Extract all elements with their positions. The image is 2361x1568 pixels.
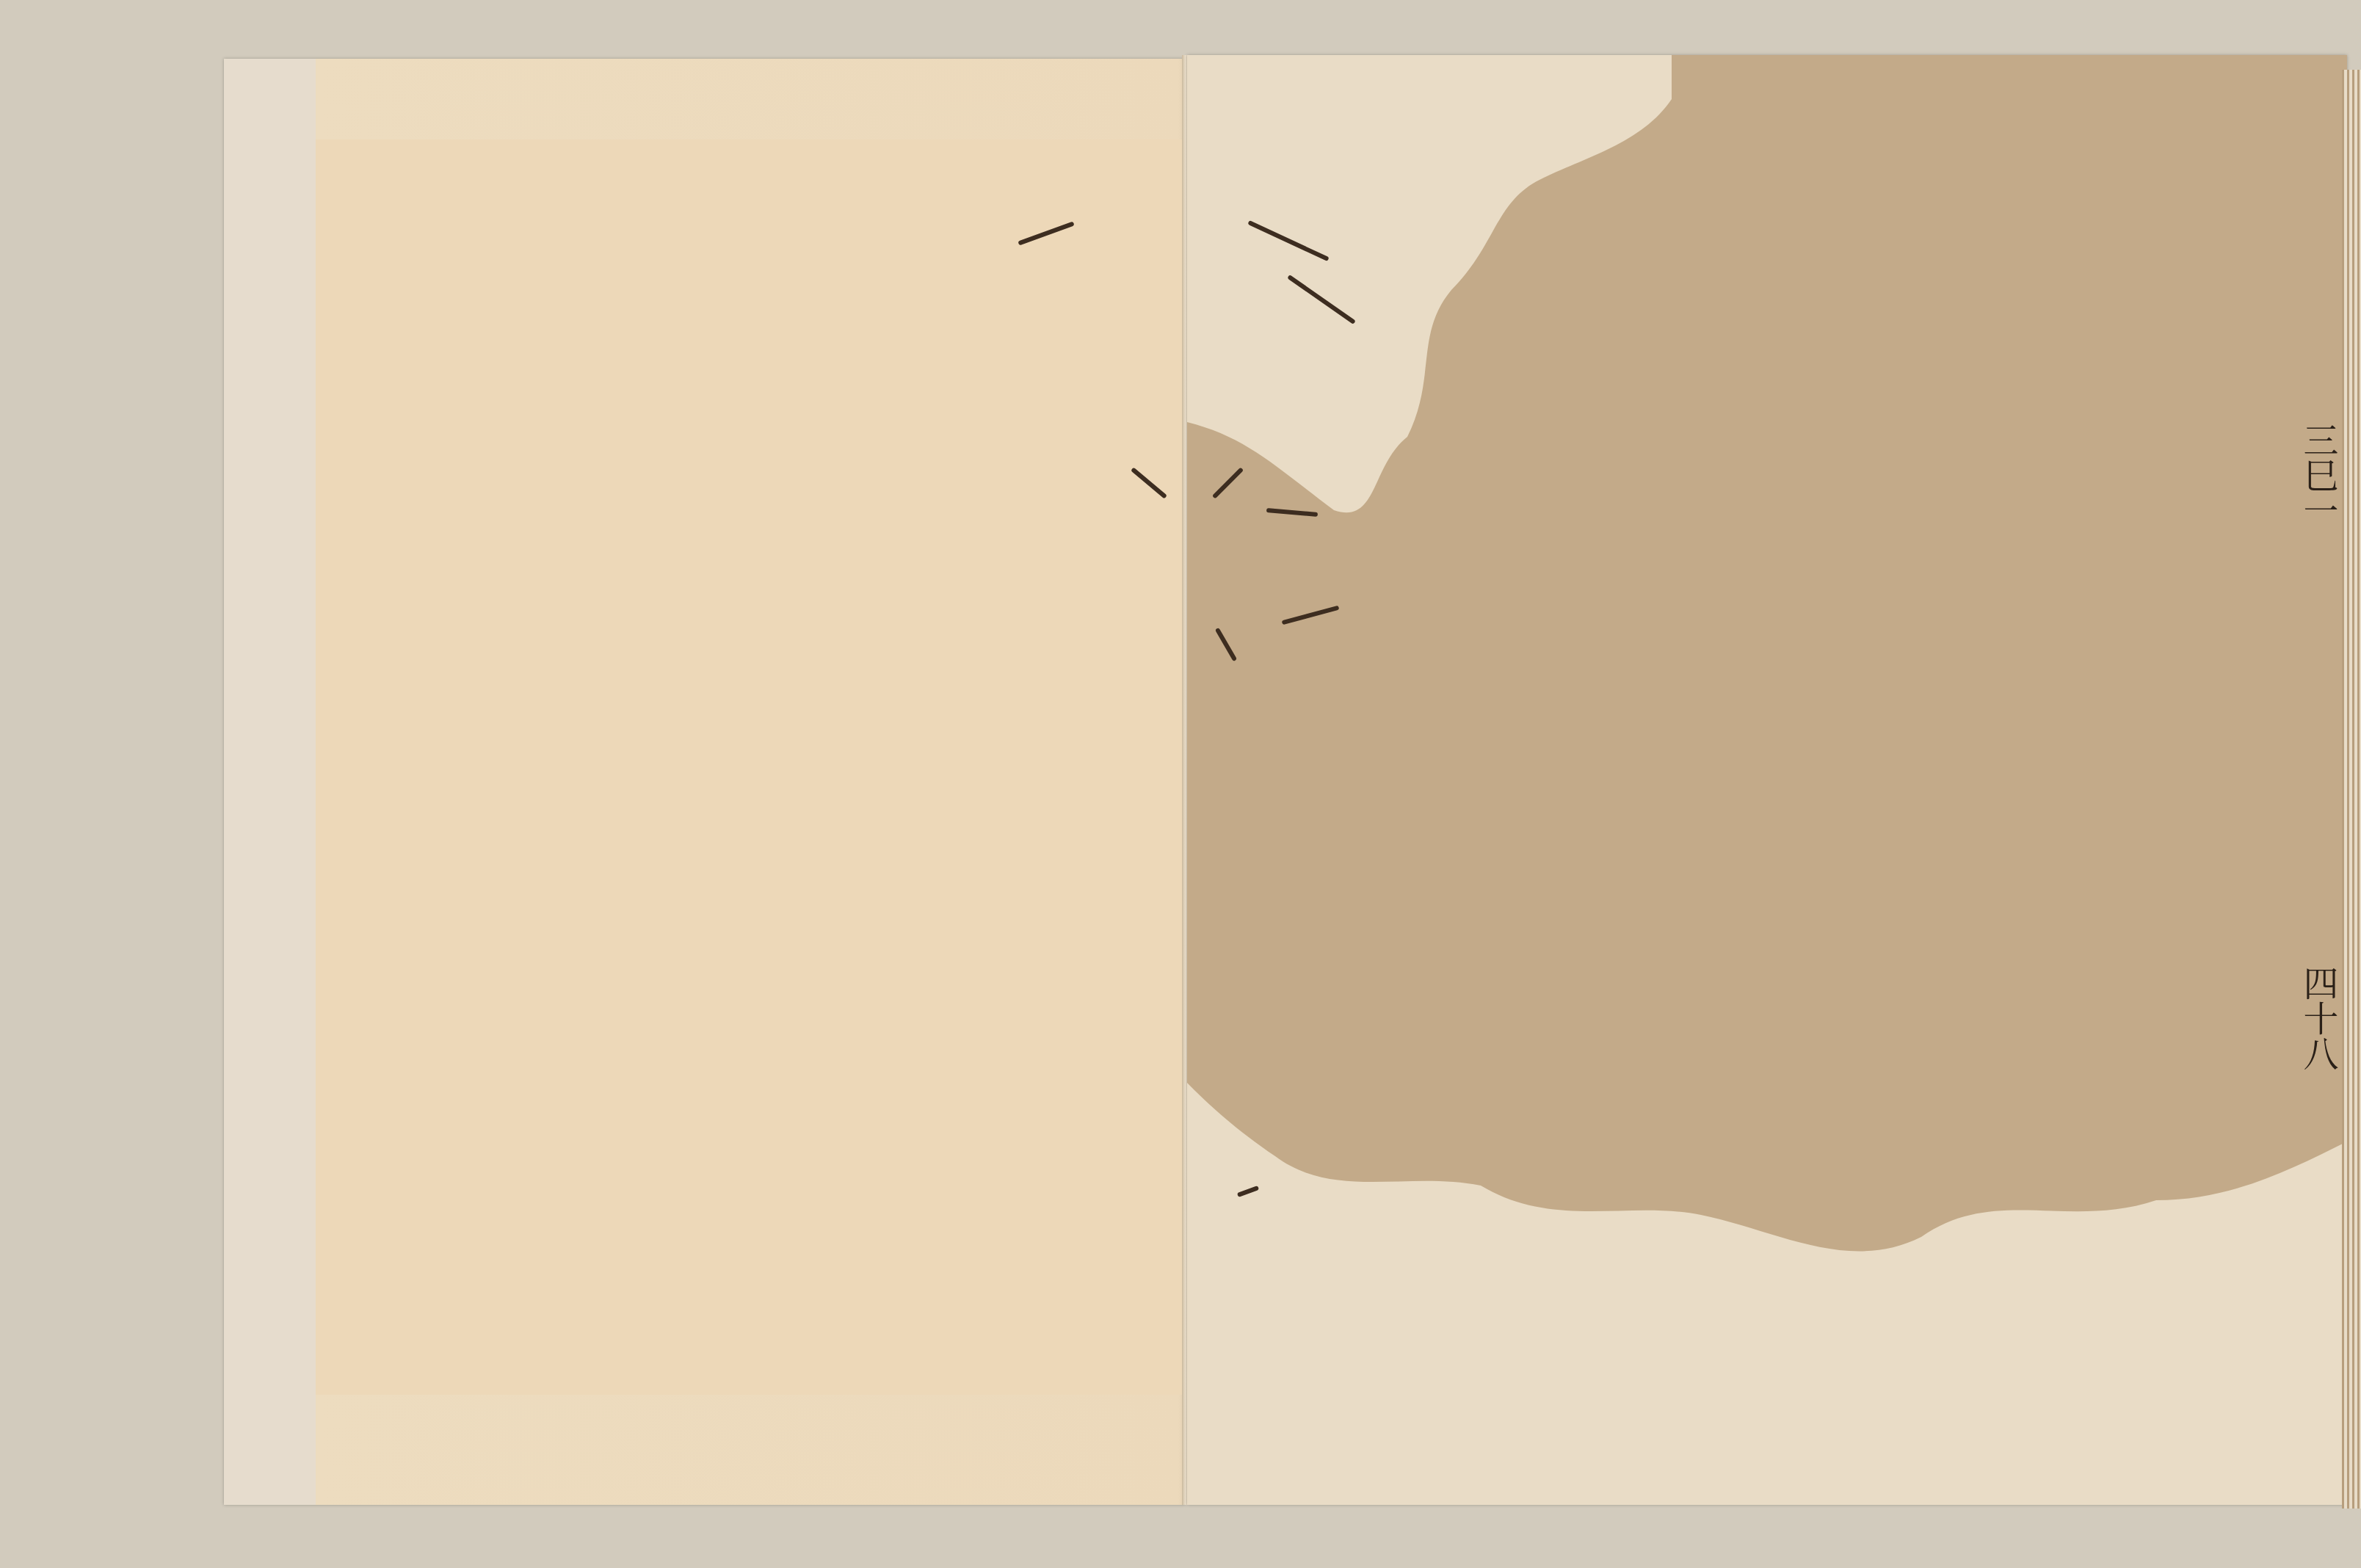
right-page: [1187, 55, 2347, 1505]
open-book: 三巳一 四十八: [224, 55, 2155, 1505]
margin-label-lower: 四十八: [2300, 965, 2335, 1071]
water-stain: [1187, 55, 2347, 1505]
left-page-inner: [316, 139, 1186, 1395]
page-edges: [2342, 70, 2361, 1509]
left-page: [224, 59, 1186, 1505]
margin-label-upper: 三巳一: [2300, 422, 2335, 528]
